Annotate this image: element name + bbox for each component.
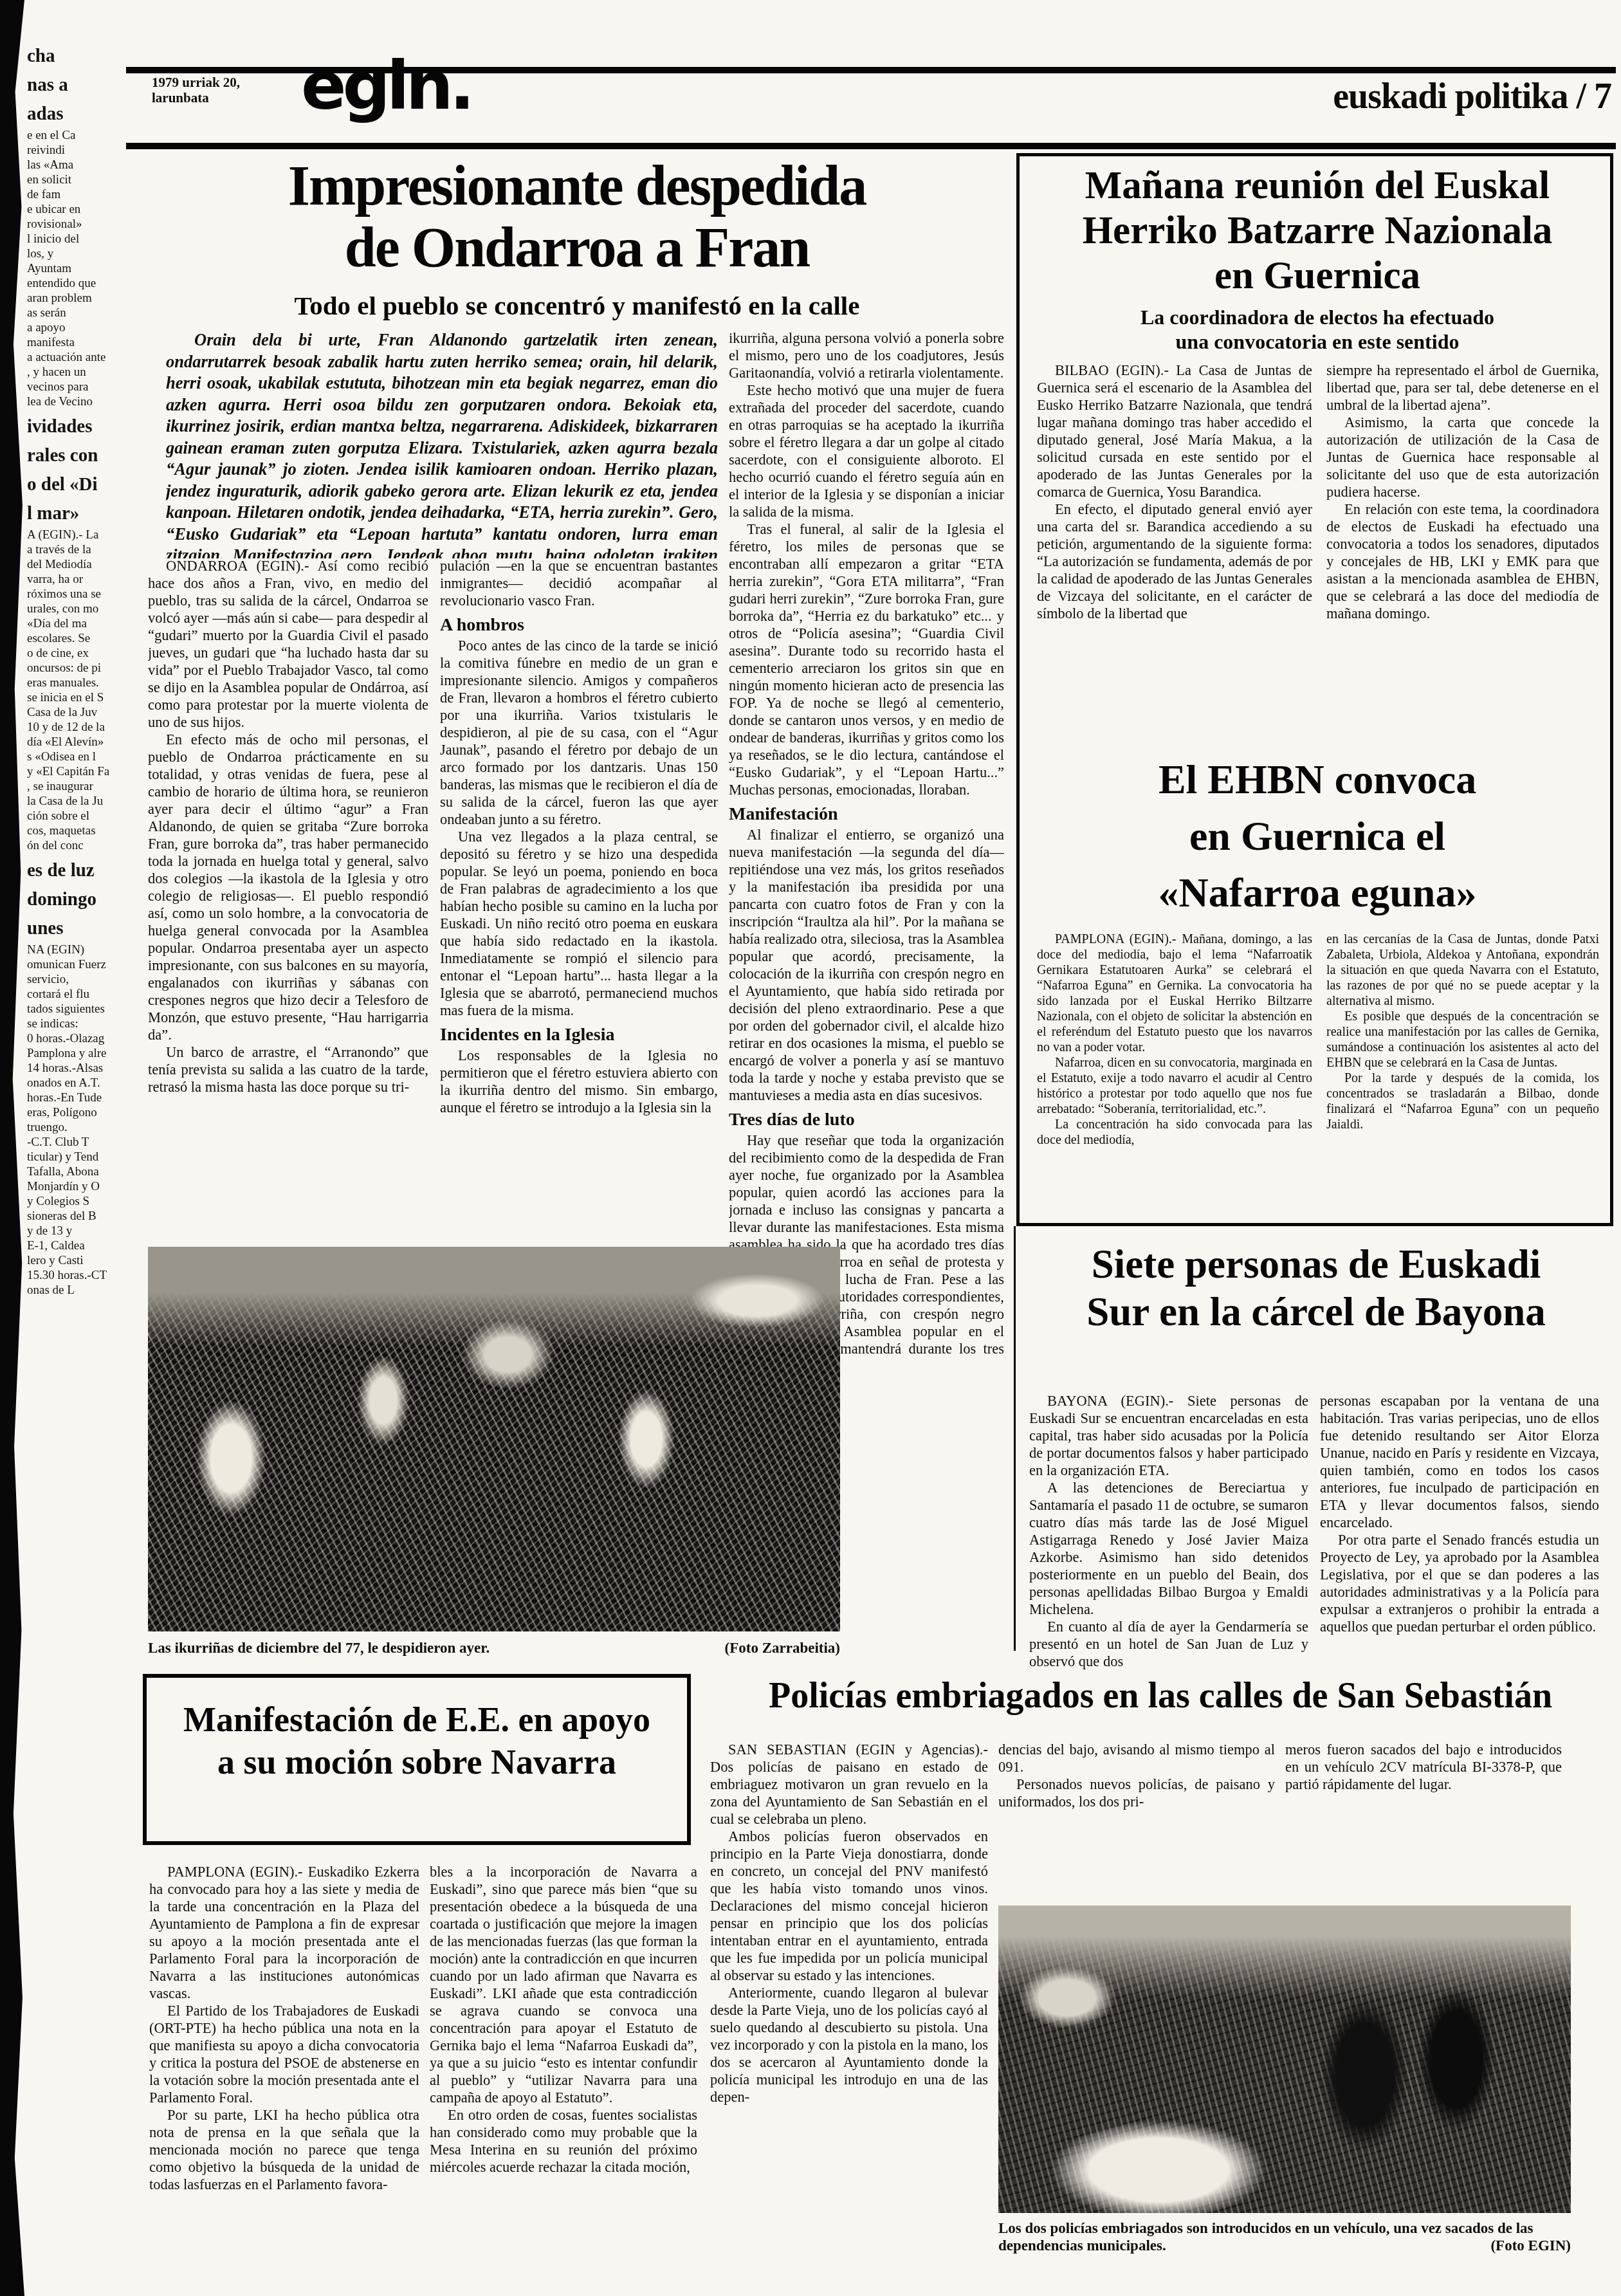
police-column-3: meros fueron sacados del bajo e introduc…	[1285, 1741, 1562, 1898]
paragraph: los, y	[27, 246, 122, 261]
paragraph: nas a	[27, 74, 122, 96]
paragraph: y Colegios S	[27, 1194, 122, 1209]
paragraph: Casa de la Juv	[27, 705, 122, 720]
crowd-ikurrinas-photo	[148, 1247, 840, 1631]
paragraph: Un barco de arrastre, el “Arranondo” que…	[148, 1043, 428, 1096]
paragraph: eras, Polígono	[27, 1105, 122, 1120]
guernica-column-1: BILBAO (EGIN).- La Casa de Juntas de Gue…	[1037, 362, 1312, 748]
paragraph: Anteriormente, cuando llegaron al buleva…	[710, 1984, 988, 2106]
paragraph: A (EGIN).- La	[27, 528, 122, 542]
section-subhead: A hombros	[440, 615, 718, 635]
section-subhead: Tres días de luto	[729, 1110, 1004, 1130]
paragraph: rovisional»	[27, 217, 122, 232]
paragraph: unes	[27, 917, 122, 940]
paragraph: l mar»	[27, 502, 122, 525]
police-car-photo	[998, 1906, 1571, 2213]
paragraph: PAMPLONA (EGIN).- Euskadiko Ezkerra ha c…	[149, 1863, 419, 2002]
paragraph: La concentración ha sido convocada para …	[1037, 1117, 1312, 1148]
crowd-photo-caption: Las ikurriñas de diciembre del 77, le de…	[148, 1639, 490, 1657]
paragraph: se inicia en el S	[27, 690, 122, 705]
paragraph: En cuanto al día de ayer la Gendarmería …	[1029, 1618, 1308, 1670]
paragraph: Por la tarde y después de la comida, los…	[1326, 1070, 1599, 1132]
main-lede-basque: Orain dela bi urte, Fran Aldanondo gartz…	[166, 329, 718, 558]
paragraph: a actuación ante	[27, 350, 122, 365]
guernica-column-2: siempre ha representado el árbol de Guer…	[1326, 362, 1599, 748]
paragraph: cos, maquetas	[27, 823, 122, 838]
paragraph: en solicit	[27, 172, 122, 187]
paragraph: y de 13 y	[27, 1224, 122, 1238]
paragraph: Al finalizar el entierro, se organizó un…	[729, 826, 1004, 1104]
column-divider-rule	[1014, 1226, 1016, 1651]
paragraph: omunican Fuerz	[27, 957, 122, 972]
paragraph: «Día del ma	[27, 616, 122, 631]
paragraph: 15.30 horas.-CT	[27, 1268, 122, 1283]
paragraph: Nafarroa, dicen en su convocatoria, marg…	[1037, 1055, 1312, 1117]
paragraph: varra, ha or	[27, 572, 122, 587]
paragraph: en las cercanías de la Casa de Juntas, d…	[1326, 932, 1599, 1009]
paragraph: as serán	[27, 306, 122, 320]
paragraph: Es posible que después de la concentraci…	[1326, 1009, 1599, 1070]
paragraph: las «Ama	[27, 158, 122, 172]
bayona-headline: Siete personas de Euskadi Sur en la cárc…	[1018, 1240, 1615, 1336]
paragraph: y «El Capitán Fa	[27, 764, 122, 779]
guernica-subhead: La coordinadora de electos ha efectuado …	[1028, 305, 1607, 354]
section-subhead: Incidentes en la Iglesia	[440, 1025, 718, 1045]
paragraph: róximos una se	[27, 587, 122, 602]
paragraph: PAMPLONA (EGIN).- Mañana, domingo, a las…	[1037, 932, 1312, 1055]
paragraph: Este hecho motivó que una mujer de fuera…	[729, 381, 1004, 520]
police-photo-credit: (Foto EGIN)	[1490, 2237, 1571, 2254]
paragraph: reivindi	[27, 143, 122, 158]
paragraph: Asimismo, la carta que concede la autori…	[1326, 414, 1599, 501]
paragraph: ONDARROA (EGIN).- Así como recibió hace …	[148, 557, 428, 731]
paragraph: 10 y de 12 de la	[27, 720, 122, 735]
paragraph: bles a la incorporación de Navarra a Eus…	[430, 1863, 697, 2106]
paragraph: l inicio del	[27, 232, 122, 246]
paragraph: Por otra parte el Senado francés estudia…	[1320, 1531, 1599, 1635]
paragraph: NA (EGIN)	[27, 942, 122, 957]
paragraph: Tras el funeral, al salir de la Iglesia …	[729, 520, 1004, 798]
paragraph: El Partido de los Trabajadores de Euskad…	[149, 2002, 419, 2106]
crowd-photo-credit: (Foto Zarrabeitia)	[725, 1639, 840, 1657]
paragraph: onados en A.T.	[27, 1076, 122, 1090]
paragraph: domingo	[27, 888, 122, 911]
paragraph: sioneras del B	[27, 1209, 122, 1224]
paragraph: E-1, Caldea	[27, 1238, 122, 1253]
ee-column-2: bles a la incorporación de Navarra a Eus…	[430, 1863, 697, 2286]
paragraph: Por su parte, LKI ha hecho pública otra …	[149, 2106, 419, 2193]
paragraph: lea de Vecino	[27, 394, 122, 409]
egin-logo: egin.	[301, 46, 471, 125]
paragraph: es de luz	[27, 859, 122, 882]
paragraph: En efecto, el diputado general envió aye…	[1037, 501, 1312, 622]
police-photo-caption-block: Los dos policías embriagados son introdu…	[998, 2219, 1571, 2254]
paragraph: de fam	[27, 187, 122, 202]
paragraph: Monjardín y O	[27, 1179, 122, 1194]
guernica-headline: Mañana reunión del Euskal Herriko Batzar…	[1028, 163, 1607, 298]
police-column-2: dencias del bajo, avisando al mismo tiem…	[998, 1741, 1275, 1898]
paragraph: e en el Ca	[27, 128, 122, 143]
section-subhead: Manifestación	[729, 804, 1004, 824]
paragraph: día «El Alevín»	[27, 735, 122, 749]
paragraph: manifesta	[27, 335, 122, 350]
paragraph: cha	[27, 45, 122, 68]
main-subhead: Todo el pueblo se concentró y manifestó …	[149, 291, 1005, 320]
paragraph: ción sobre el	[27, 809, 122, 823]
paragraph: Los responsables de la Iglesia no permit…	[440, 1047, 718, 1116]
paragraph: siempre ha representado el árbol de Guer…	[1326, 362, 1599, 414]
paragraph: -C.T. Club T	[27, 1135, 122, 1150]
paragraph: eras manuales.	[27, 675, 122, 690]
paragraph: Tafalla, Abona	[27, 1164, 122, 1179]
police-column-1: SAN SEBASTIAN (EGIN y Agencias).- Dos po…	[710, 1741, 988, 2289]
paragraph: oncursos: de pi	[27, 661, 122, 675]
paragraph: a través de la	[27, 542, 122, 557]
paragraph: ticular) y Tend	[27, 1150, 122, 1164]
paragraph: BILBAO (EGIN).- La Casa de Juntas de Gue…	[1037, 362, 1312, 501]
paragraph: dencias del bajo, avisando al mismo tiem…	[998, 1741, 1275, 1776]
adjacent-page-strip: chanas aadase en el Careivindilas «Amaen…	[27, 39, 122, 2277]
paragraph: Poco antes de las cinco de la tarde se i…	[440, 637, 718, 828]
paragraph: rales con	[27, 445, 122, 467]
paragraph: personas escapaban por la ventana de una…	[1320, 1392, 1599, 1531]
paragraph: Ayuntam	[27, 261, 122, 276]
paragraph: vecinos para	[27, 380, 122, 394]
ehbn-column-2: en las cercanías de la Casa de Juntas, d…	[1326, 932, 1599, 1222]
main-column-2: pulación —en la que se encuentran bastan…	[440, 557, 718, 1240]
paragraph: escolares. Se	[27, 631, 122, 646]
paragraph: urales, con mo	[27, 602, 122, 616]
masthead-date: 1979 urriak 20, larunbata	[152, 75, 274, 106]
paragraph: meros fueron sacados del bajo e introduc…	[1285, 1741, 1562, 1793]
section-title: euskadi politika / 7	[836, 76, 1611, 117]
newspaper-page: { "masthead": { "date": "1979 urriak 20,…	[0, 0, 1621, 2296]
paragraph: adas	[27, 103, 122, 125]
police-photo-caption: Los dos policías embriagados son introdu…	[998, 2220, 1534, 2254]
paragraph: En efecto más de ocho mil personas, el p…	[148, 731, 428, 1043]
paragraph: BAYONA (EGIN).- Siete personas de Euskad…	[1029, 1392, 1308, 1479]
paragraph: Una vez llegados a la plaza central, se …	[440, 828, 718, 1019]
paragraph: truengo.	[27, 1120, 122, 1135]
paragraph: la Casa de la Ju	[27, 794, 122, 809]
paragraph: o de cine, ex	[27, 646, 122, 661]
paragraph: 14 horas.-Alsas	[27, 1061, 122, 1076]
paragraph: onas de L	[27, 1283, 122, 1298]
masthead-rule-bottom	[126, 143, 1616, 149]
paragraph: ividades	[27, 416, 122, 438]
ehbn-column-1: PAMPLONA (EGIN).- Mañana, domingo, a las…	[1037, 932, 1312, 1222]
paragraph: Personados nuevos policías, de paisano y…	[998, 1776, 1275, 1810]
paragraph: del Mediodía	[27, 557, 122, 572]
police-headline: Policías embriagados en las calles de Sa…	[708, 1676, 1613, 1715]
paragraph: tados siguientes	[27, 1002, 122, 1016]
paragraph: A las detenciones de Bereciartua y Santa…	[1029, 1479, 1308, 1618]
paragraph: Pamplona y alre	[27, 1046, 122, 1061]
paragraph: horas.-En Tude	[27, 1090, 122, 1105]
paragraph: a apoyo	[27, 320, 122, 335]
paragraph: lero y Casti	[27, 1253, 122, 1268]
paragraph: 0 horas.-Olazag	[27, 1031, 122, 1046]
main-headline: Impresionante despedida de Ondarroa a Fr…	[149, 156, 1005, 279]
crowd-photo-caption-row: Las ikurriñas de diciembre del 77, le de…	[148, 1639, 840, 1657]
paragraph: se indicas:	[27, 1016, 122, 1031]
paragraph: o del «Di	[27, 473, 122, 496]
paragraph: En relación con este tema, la coordinado…	[1326, 501, 1599, 622]
main-column-1: ONDARROA (EGIN).- Así como recibió hace …	[148, 557, 428, 1240]
paragraph: cortará el flu	[27, 987, 122, 1002]
paragraph: aran problem	[27, 291, 122, 306]
paragraph: entendido que	[27, 276, 122, 291]
paragraph: pulación —en la que se encuentran bastan…	[440, 557, 718, 609]
paragraph: Ambos policías fueron observados en prin…	[710, 1828, 988, 1984]
paragraph: En otro orden de cosas, fuentes socialis…	[430, 2106, 697, 2176]
paragraph: servicio,	[27, 972, 122, 987]
paragraph: , se inaugurar	[27, 779, 122, 794]
ehbn-headline: El EHBN convoca en Guernica el «Nafarroa…	[1028, 751, 1607, 921]
paragraph: ón del conc	[27, 838, 122, 853]
ee-headline: Manifestación de E.E. en apoyo a su moci…	[162, 1698, 672, 1783]
ee-column-1: PAMPLONA (EGIN).- Euskadiko Ezkerra ha c…	[149, 1863, 419, 2286]
paragraph: s «Odisea en l	[27, 749, 122, 764]
paragraph: SAN SEBASTIAN (EGIN y Agencias).- Dos po…	[710, 1741, 988, 1828]
paragraph: ikurriña, alguna persona volvió a ponerl…	[729, 329, 1004, 381]
paragraph: , y hacen un	[27, 365, 122, 380]
torn-page-edge	[0, 0, 24, 2296]
paragraph: e ubicar en	[27, 202, 122, 217]
